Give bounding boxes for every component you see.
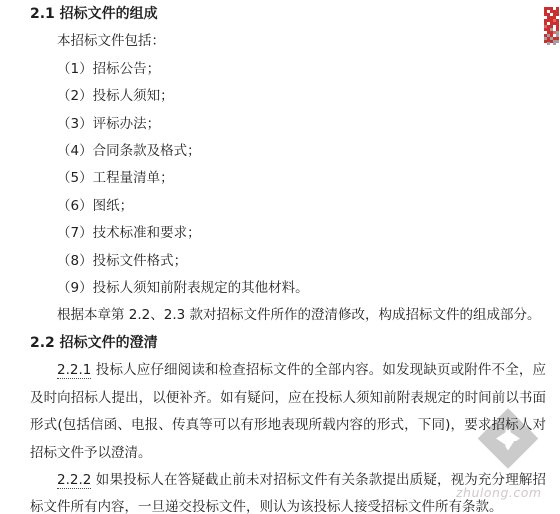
list-item-9: （9）投标人须知前附表规定的其他材料。 xyxy=(30,275,546,302)
document-page: zhulong.com 2.1 招标文件的组 xyxy=(0,0,560,514)
list-item-8: （8）投标文件格式； xyxy=(30,248,546,275)
clause-2-2-2-highlight: 一旦 xyxy=(138,499,165,514)
clause-2-2-1: 2.2.1 投标人应仔细阅读和检查招标文件的全部内容。如发现缺页或附件不全，应及… xyxy=(30,357,546,467)
list-item-6: （6）图纸； xyxy=(30,193,546,220)
list-item-5: （5）工程量清单； xyxy=(30,165,546,192)
clause-2-2-2: 2.2.2 如果投标人在答疑截止前未对招标文件有关条款提出质疑，视为充分理解招标… xyxy=(30,467,546,514)
closing-note: 根据本章第 2.2、2.3 款对招标文件所作的澄清修改，构成招标文件的组成部分。 xyxy=(30,302,546,329)
list-item-1: （1）招标公告； xyxy=(30,56,546,83)
list-item-4: （4）合同条款及格式； xyxy=(30,138,546,165)
clause-2-2-1-number: 2.2.1 xyxy=(57,362,91,379)
list-item-7: （7）技术标准和要求； xyxy=(30,220,546,247)
list-item-2: （2）投标人须知； xyxy=(30,83,546,110)
clause-2-2-2-text-after: 递交投标文件，则认为该投标人接受招标文件所有条款。 xyxy=(165,499,503,514)
document-body: 2.1 招标文件的组成 本招标文件包括： （1）招标公告； （2）投标人须知； … xyxy=(30,1,546,514)
section-2-1-heading: 2.1 招标文件的组成 xyxy=(30,1,546,28)
zhulong-pixel-logo-icon xyxy=(544,7,559,45)
clause-2-2-1-text: 投标人应仔细阅读和检查招标文件的全部内容。如发现缺页或附件不全，应及时向招标人提… xyxy=(30,362,546,460)
clause-2-2-2-number: 2.2.2 xyxy=(57,472,91,489)
list-item-3: （3）评标办法； xyxy=(30,111,546,138)
section-2-2-heading: 2.2 招标文件的澄清 xyxy=(30,330,546,357)
intro-line: 本招标文件包括： xyxy=(30,28,546,55)
